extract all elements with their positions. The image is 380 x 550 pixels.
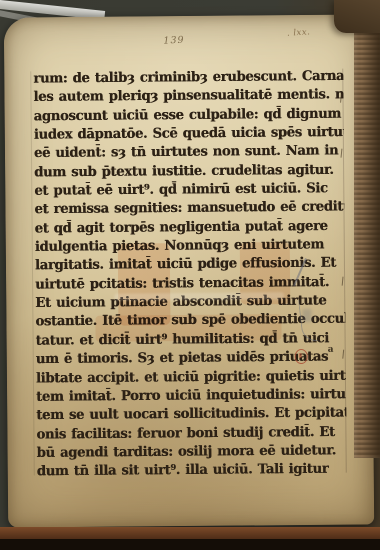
marginal-letter: a <box>327 345 332 355</box>
manuscript-text-line: et remissa segnities: mansuetudo eē cred… <box>34 199 344 220</box>
book-fore-edge <box>354 0 380 458</box>
manuscript-text-line: eē uident̄: sȝ tn̄ uirtutes non sunt. Na… <box>34 142 344 163</box>
manuscript-text-line: libtate accipit. et uiciū pigritie: quie… <box>36 367 346 388</box>
pencil-blotch <box>302 309 311 322</box>
manuscript-page: 139 . lxx. rum: de talibȝ criminibȝ erub… <box>4 14 374 527</box>
manuscript-text-line: dum tn̄ illa sit uirt⁹. illa uiciū. Tali… <box>37 461 347 482</box>
manuscript-text-block: rum: de talibȝ criminibȝ erubescunt. Car… <box>33 68 347 482</box>
book-fore-edge-top <box>334 0 380 33</box>
photo-bottom-edge <box>0 539 380 550</box>
corner-inscription: . lxx. <box>287 27 311 38</box>
folio-number: 139 <box>144 34 204 48</box>
manuscript-text-line: onis facilitas: feruor boni studij credi… <box>36 423 346 444</box>
red-marginal-mark <box>295 349 308 364</box>
photo-frame: 139 . lxx. rum: de talibȝ criminibȝ erub… <box>0 0 380 550</box>
manuscript-text-line: tem se uult uocari sollicitudinis. Et pc… <box>36 404 346 425</box>
manuscript-text-line: les autem pleriqȝ pinsensualitatē mentis… <box>33 86 343 107</box>
